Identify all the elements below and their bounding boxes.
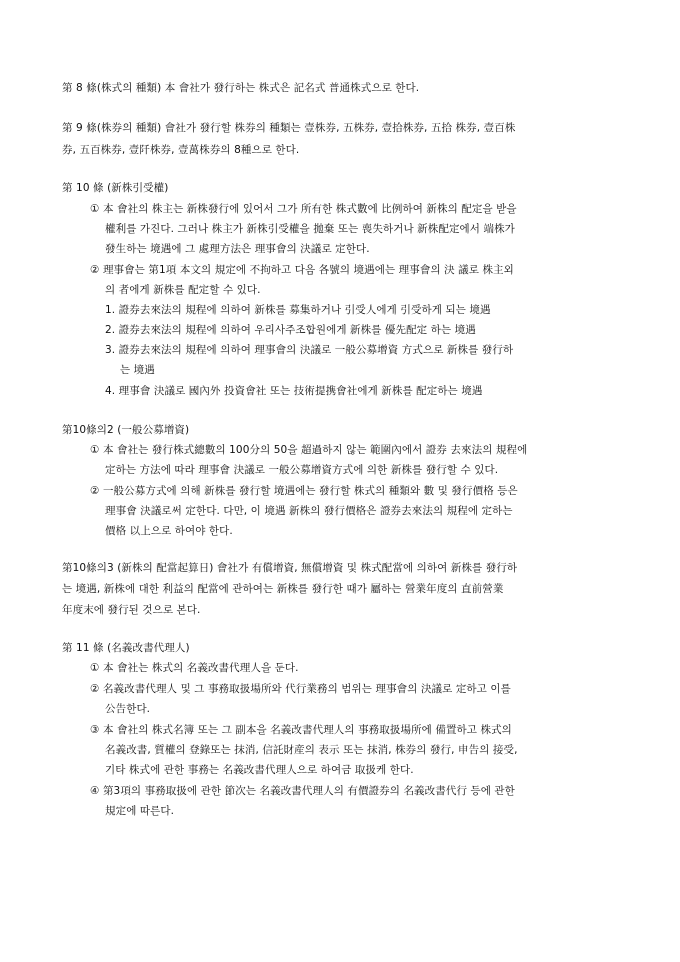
text-line: 2. 證券去來法의 規程에 의하여 우리사주조합원에게 新株를 優先配定 하는 …	[105, 323, 476, 337]
text-line: ④ 第3項의 事務取扱에 관한 節次는 名義改書代理人의 有價證券의 名義改書代…	[90, 784, 515, 798]
text-line: 定하는 方法에 따라 理事會 決議로 一般公募增資方式에 의한 新株를 發行할 …	[105, 463, 498, 477]
article-heading-line: 第10條의2 (一般公募增資)	[62, 423, 189, 437]
text-line: 1. 證券去來法의 規程에 의하여 新株를 募集하거나 引受人에게 引受하게 되…	[105, 303, 491, 317]
text-line: ② 名義改書代理人 및 그 事務取扱場所와 代行業務의 범위는 理事會의 決議로…	[90, 682, 511, 696]
text-line: 3. 證券去來法의 規程에 의하여 理事會의 決議로 一般公募增資 方式으로 新…	[105, 343, 513, 357]
text-line: ① 本 會社는 發行株式總數의 100分의 50을 超過하지 않는 範圍內에서 …	[90, 443, 527, 457]
text-line: 4. 理事會 決議로 國內外 投資會社 또는 技術提携會社에게 新株를 配定하는…	[105, 384, 483, 398]
text-line: 名義改書, 質權의 登錄또는 抹消, 信託財産의 表示 또는 抹消, 株券의 發…	[105, 743, 518, 757]
document-page: 第 8 條(株式의 種類) 本 會社가 發行하는 株式은 記名式 普通株式으로 …	[0, 0, 680, 962]
text-line: ② 理事會는 第1項 本文의 規定에 不拘하고 다음 各號의 境遇에는 理事會의…	[90, 263, 514, 277]
text-line: 年度末에 發行된 것으로 본다.	[62, 603, 200, 617]
text-line: 의 者에게 新株를 配定할 수 있다.	[105, 283, 261, 297]
text-line: 規定에 따른다.	[105, 804, 174, 818]
text-line: ① 本 會社의 株主는 新株發行에 있어서 그가 所有한 株式數에 比例하여 新…	[90, 202, 517, 216]
text-line: 公告한다.	[105, 702, 150, 716]
article-heading-line: 第10條의3 (新株의 配當起算日) 會社가 有償增資, 無償增資 및 株式配當…	[62, 561, 517, 575]
text-line: 는 境遇, 新株에 대한 利益의 配當에 관하여는 新株를 發行한 때가 屬하는…	[62, 582, 503, 596]
text-line: 기타 株式에 관한 事務는 名義改書代理人으로 하여금 取扱케 한다.	[105, 763, 414, 777]
text-line: 券, 五百株券, 壹阡株券, 壹萬株券의 8種으로 한다.	[62, 143, 299, 157]
text-line: ① 本 會社는 株式의 名義改書代理人을 둔다.	[90, 661, 299, 675]
text-line: 는 境遇	[120, 363, 155, 377]
text-line: 發生하는 境遇에 그 處理方法은 理事會의 決議로 定한다.	[105, 242, 370, 256]
text-line: 權利를 가진다. 그러나 株主가 新株引受權을 拋棄 또는 喪失하거나 新株配定…	[105, 222, 515, 236]
text-line: ② 一般公募方式에 의해 新株를 發行할 境遇에는 發行할 株式의 種類와 數 …	[90, 484, 518, 498]
article-heading-line: 第 11 條 (名義改書代理人)	[62, 641, 190, 655]
article-heading-line: 第 10 條 (新株引受權)	[62, 181, 168, 195]
article-heading-line: 第 9 條(株券의 種類) 會社가 發行할 株券의 種類는 壹株券, 五株券, …	[62, 121, 515, 135]
text-line: 價格 以上으로 하여야 한다.	[105, 524, 233, 538]
text-line: ③ 本 會社의 株式名簿 또는 그 副本을 名義改書代理人의 事務取扱場所에 備…	[90, 723, 512, 737]
text-line: 理事會 決議로써 定한다. 다만, 이 境遇 新株의 發行價格은 證券去來法의 …	[105, 504, 513, 518]
article-heading-line: 第 8 條(株式의 種類) 本 會社가 發行하는 株式은 記名式 普通株式으로 …	[62, 81, 419, 95]
